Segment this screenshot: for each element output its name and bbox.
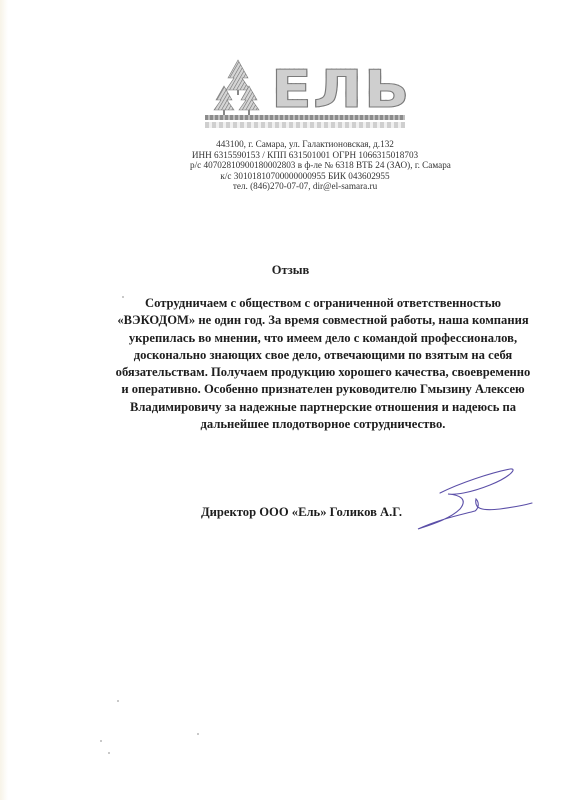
body-line: Владимировичу за надежные партнерские от… <box>88 399 558 416</box>
review-body: Сотрудничаем с обществом с ограниченной … <box>88 295 558 433</box>
scan-speck <box>100 740 102 742</box>
contacts-line: тел. (846)270-07-07, dir@el-samara.ru <box>190 181 420 192</box>
company-logo: ЕЛЬ <box>205 55 405 130</box>
body-line: обязательствам. Получаем продукцию хорош… <box>88 364 558 381</box>
company-requisites: 443100, г. Самара, ул. Галактионовская, … <box>190 139 420 192</box>
logo-wordmark: ЕЛЬ <box>271 65 411 115</box>
tax-ids-line: ИНН 6315590153 / КПП 631501001 ОГРН 1066… <box>190 150 420 161</box>
correspondent-account-line: к/с 30101810700000000955 БИК 043602955 <box>190 171 420 182</box>
fir-trees-icon <box>213 58 263 118</box>
body-line: Сотрудничаем с обществом с ограниченной … <box>88 295 558 312</box>
body-line: «ВЭКОДОМ» не один год. За время совместн… <box>88 312 558 329</box>
logo-divider-band <box>205 115 405 120</box>
scanned-letter-page: ЕЛЬ 443100, г. Самара, ул. Галактионовск… <box>0 0 581 800</box>
logo-tagline-faded <box>205 122 405 128</box>
body-line: досконально знающих свое дело, отвечающи… <box>88 347 558 364</box>
body-line: и оперативно. Особенно признателен руков… <box>88 381 558 398</box>
signatory: Директор ООО «Ель» Голиков А.Г. <box>201 505 402 520</box>
address-line: 443100, г. Самара, ул. Галактионовская, … <box>190 139 420 150</box>
body-line: укрепилась во мнении, что имеем дело с к… <box>88 330 558 347</box>
bank-account-line: р/с 40702810900180002803 в ф-ле № 6318 В… <box>190 160 420 171</box>
handwritten-signature-icon <box>400 465 540 535</box>
body-line: дальнейшее плодотворное сотрудничество. <box>88 416 558 433</box>
scan-speck <box>117 700 119 702</box>
scan-speck <box>122 296 124 298</box>
document-title: Отзыв <box>0 263 581 278</box>
scan-speck <box>197 733 199 735</box>
scan-speck <box>108 752 110 754</box>
